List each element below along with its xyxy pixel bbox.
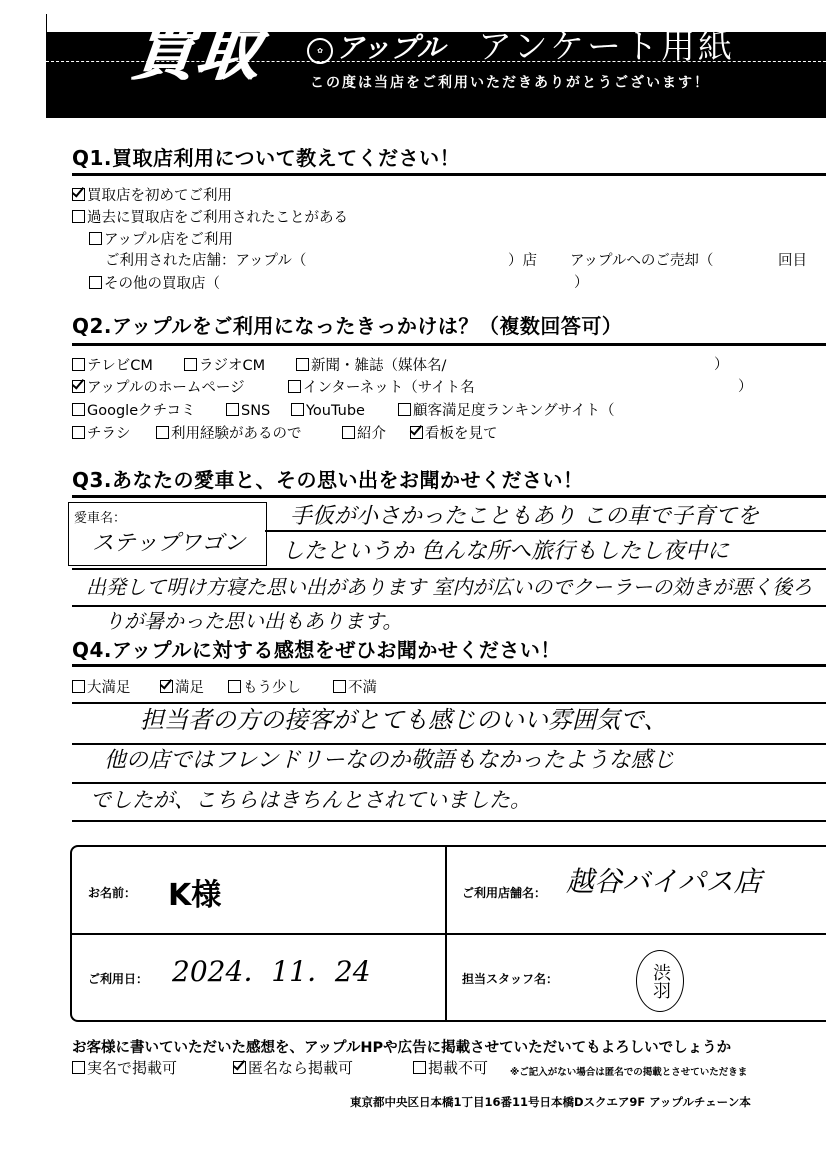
- q1-store-used-suffix: ）店: [508, 254, 537, 269]
- q3-heading: Q3.あなたの愛車と、その思い出をお聞かせください！: [72, 470, 584, 490]
- q2-internet-close: ）: [738, 380, 753, 395]
- checkbox[interactable]: [228, 680, 241, 693]
- name-label: お名前：: [88, 884, 136, 901]
- writing-line: [72, 702, 826, 704]
- q2-option-internet[interactable]: インターネット（サイト名: [288, 380, 475, 396]
- q3-memory-line-4[interactable]: りが暑かった思い出もあります。: [104, 611, 402, 631]
- checkbox[interactable]: [184, 358, 197, 371]
- q4-comment-line-1[interactable]: 担当者の方の接客がとても感じのいい雰囲気で、: [140, 708, 668, 732]
- q2-option-signboard[interactable]: 看板を見て: [410, 426, 498, 442]
- date-label: ご利用日：: [88, 970, 148, 987]
- checkbox[interactable]: [288, 380, 301, 393]
- q3-rule: [72, 495, 826, 498]
- thanks-message: この度は当店をご利用いただきありがとうございます！: [310, 72, 710, 92]
- q1-rule: [72, 173, 826, 176]
- apple-icon: ✿: [307, 38, 333, 64]
- store-value[interactable]: 越谷バイパス店: [566, 868, 761, 896]
- kaitori-logo: 買取: [129, 22, 264, 84]
- q2-option-homepage[interactable]: アップルのホームページ: [72, 380, 245, 396]
- q4-comment-line-3[interactable]: でしたが、こちらはきちんとされていました。: [90, 790, 531, 811]
- staff-stamp: 渋羽: [636, 950, 684, 1012]
- writing-line: [72, 568, 826, 570]
- checkbox[interactable]: [72, 188, 85, 201]
- q1-sell-count-suffix: 回目: [778, 254, 807, 269]
- q2-rule: [72, 343, 826, 346]
- writing-line: [265, 530, 826, 532]
- checkbox[interactable]: [398, 403, 411, 416]
- consent-option-no[interactable]: 掲載不可: [413, 1061, 488, 1076]
- q3-memory-line-3[interactable]: 出発して明け方寝た思い出があります 室内が広いのでクーラーの効きが悪く後ろ: [86, 577, 812, 597]
- date-value[interactable]: 2024．11．24: [172, 958, 371, 986]
- q1-option-first-time[interactable]: 買取店を初めてご利用: [72, 188, 232, 204]
- consent-option-real-name[interactable]: 実名で掲載可: [72, 1061, 177, 1076]
- checkbox[interactable]: [333, 680, 346, 693]
- q2-option-sns[interactable]: SNS: [226, 403, 270, 419]
- checkbox[interactable]: [72, 403, 85, 416]
- q1-option-used-before[interactable]: 過去に買取店をご利用されたことがある: [72, 210, 348, 226]
- q2-option-tv[interactable]: テレビCM: [72, 358, 153, 374]
- q4-option-so-so[interactable]: もう少し: [228, 680, 301, 696]
- checkbox[interactable]: [72, 358, 85, 371]
- checkbox[interactable]: [89, 276, 102, 289]
- writing-line: [72, 605, 826, 607]
- publish-consent-question: お客様に書いていただいた感想を、アップルHPや広告に掲載させていただいてもよろし…: [72, 1036, 731, 1057]
- checkbox[interactable]: [342, 426, 355, 439]
- writing-line: [72, 820, 826, 822]
- q2-option-youtube[interactable]: YouTube: [291, 403, 365, 419]
- q2-option-ranking[interactable]: 顧客満足度ランキングサイト（: [398, 403, 615, 419]
- info-divider-horizontal: [70, 933, 826, 935]
- q2-option-experience[interactable]: 利用経験があるので: [156, 426, 302, 442]
- q4-rule: [72, 664, 826, 667]
- writing-line: [72, 743, 826, 745]
- q2-option-flyer[interactable]: チラシ: [72, 426, 131, 442]
- q1-option-other-store[interactable]: その他の買取店（: [89, 276, 220, 292]
- checkbox[interactable]: [72, 210, 85, 223]
- checkbox[interactable]: [413, 1061, 426, 1074]
- q4-option-satisfied[interactable]: 満足: [160, 680, 204, 696]
- q4-comment-line-2[interactable]: 他の店ではフレンドリーなのか敬語もなかったような感じ: [104, 750, 675, 772]
- q2-option-referral[interactable]: 紹介: [342, 426, 386, 442]
- checkbox[interactable]: [291, 403, 304, 416]
- checkbox[interactable]: [89, 232, 102, 245]
- q4-option-very-satisfied[interactable]: 大満足: [72, 680, 131, 696]
- q1-other-close: ）: [574, 276, 589, 291]
- q1-option-apple-store[interactable]: アップル店をご利用: [89, 232, 233, 248]
- q4-heading: Q4.アップルに対する感想をぜひお聞かせください！: [72, 640, 561, 660]
- survey-title: アンケート用紙: [478, 30, 735, 64]
- brand-name: アップル: [336, 34, 445, 62]
- consent-note: ※ご記入がない場合は匿名での掲載とさせていただきま: [510, 1064, 747, 1078]
- q2-newspaper-close: ）: [714, 358, 729, 373]
- q1-heading: Q1.買取店利用について教えてください！: [72, 148, 460, 168]
- checkbox[interactable]: [72, 680, 85, 693]
- q2-option-radio[interactable]: ラジオCM: [184, 358, 265, 374]
- q1-store-used-label: ご利用された店舗：アップル（: [105, 254, 306, 269]
- checkbox[interactable]: [296, 358, 309, 371]
- q2-option-newspaper[interactable]: 新聞・雑誌（媒体名/: [296, 358, 446, 374]
- car-name-value[interactable]: ステップワゴン: [92, 533, 246, 555]
- page-edge-mark: [46, 14, 47, 34]
- consent-option-anonymous[interactable]: 匿名なら掲載可: [233, 1061, 353, 1076]
- q2-option-google[interactable]: Googleクチコミ: [72, 403, 196, 419]
- store-label: ご利用店舗名：: [462, 884, 546, 901]
- checkbox[interactable]: [226, 403, 239, 416]
- checkbox[interactable]: [72, 1061, 85, 1074]
- checkbox[interactable]: [72, 380, 85, 393]
- checkbox[interactable]: [156, 426, 169, 439]
- q4-option-unsatisfied[interactable]: 不満: [333, 680, 377, 696]
- car-name-label: 愛車名：: [74, 507, 126, 526]
- checkbox[interactable]: [233, 1061, 246, 1074]
- q2-heading: Q2.アップルをご利用になったきっかけは？（複数回答可）: [72, 316, 622, 336]
- name-value[interactable]: K様: [168, 870, 221, 914]
- checkbox[interactable]: [160, 680, 173, 693]
- checkbox[interactable]: [410, 426, 423, 439]
- q1-sell-count-label: アップルへのご売却（: [570, 254, 713, 269]
- q3-memory-line-2[interactable]: したというか 色んな所へ旅行もしたし夜中に: [282, 541, 729, 563]
- checkbox[interactable]: [72, 426, 85, 439]
- q3-memory-line-1[interactable]: 手仮が小さかったこともあり この車で子育てを: [290, 506, 759, 528]
- writing-line: [72, 782, 826, 784]
- company-address: 東京都中央区日本橋1丁目16番11号日本橋Dスクエア9F アップルチェーン本: [350, 1094, 751, 1110]
- staff-label: 担当スタッフ名：: [462, 970, 558, 987]
